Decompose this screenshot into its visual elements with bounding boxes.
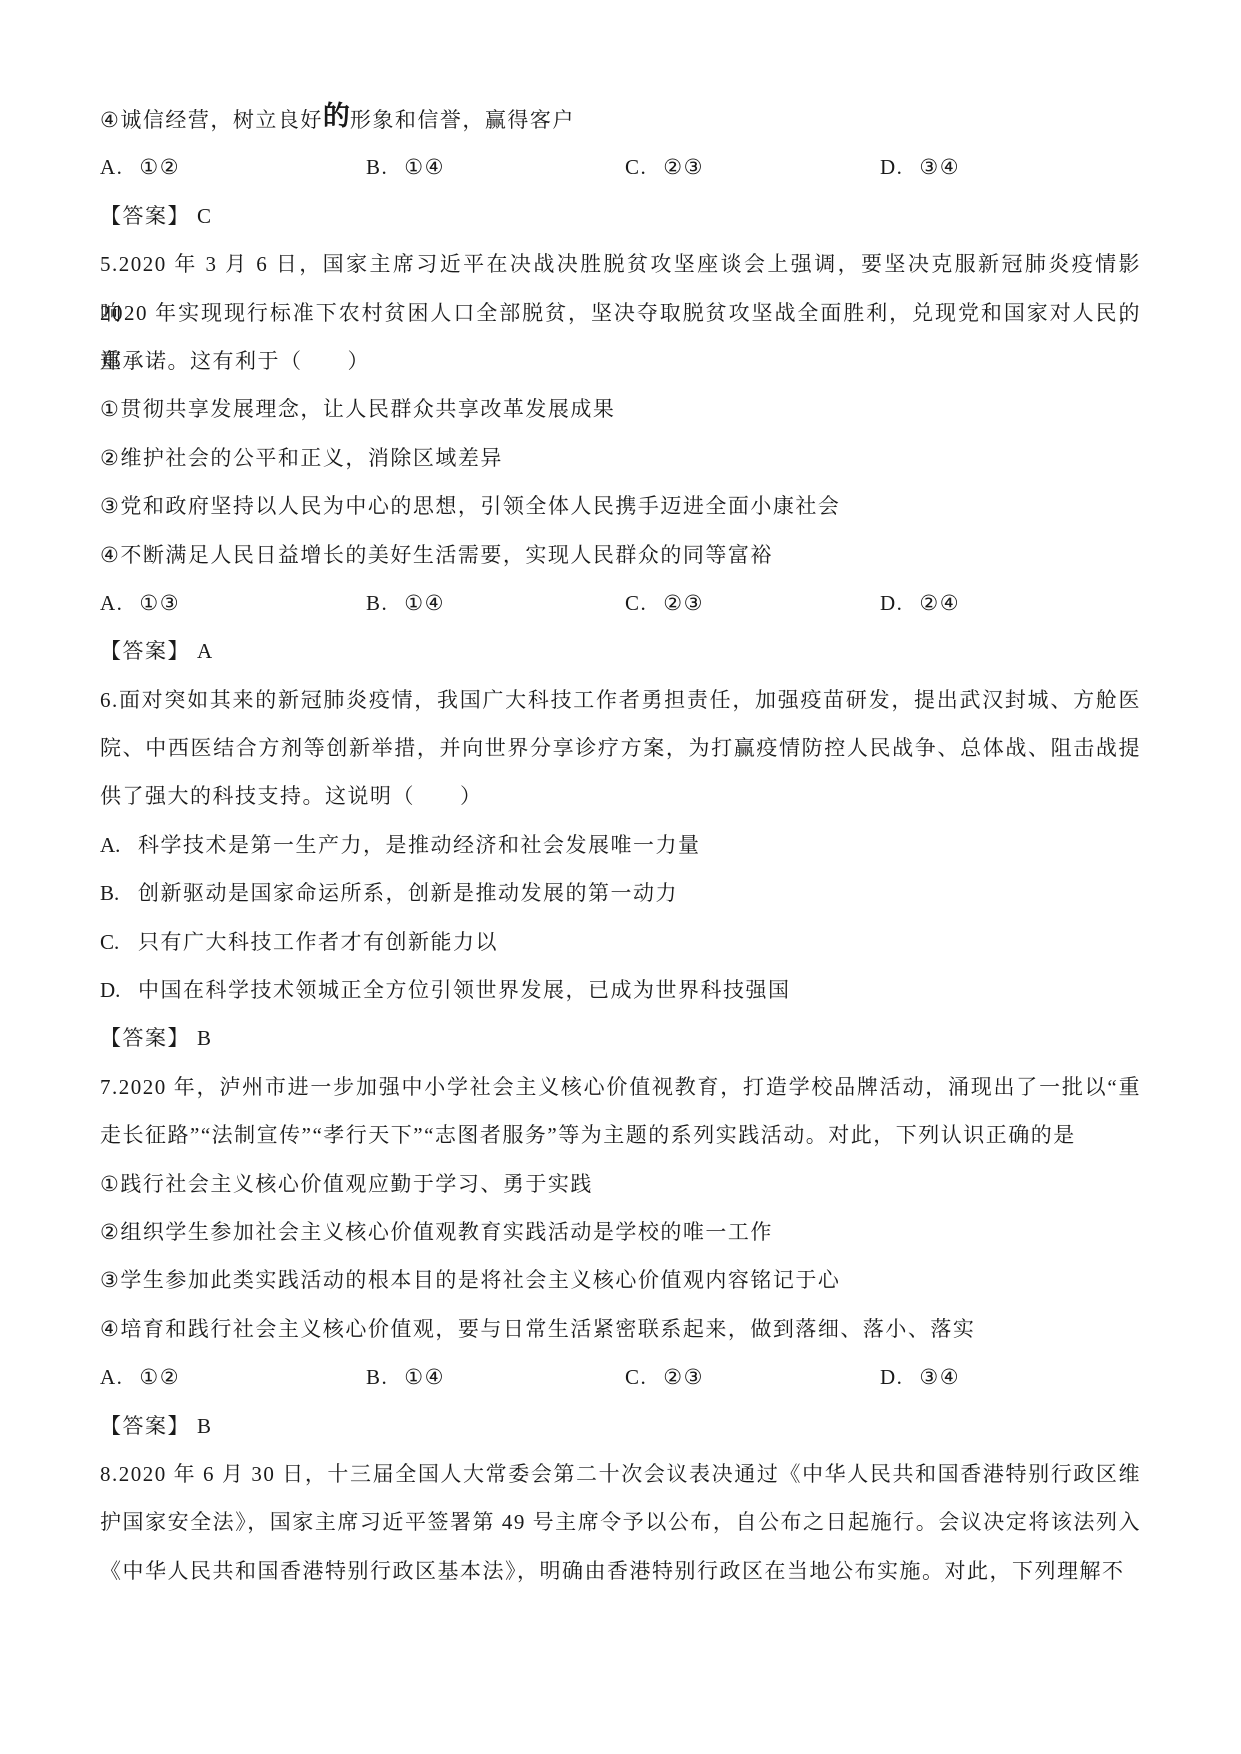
q6-option-a-text: 科学技术是第一生产力，是推动经济和社会发展唯一力量 (138, 833, 701, 857)
q6-answer-value: B (197, 1026, 213, 1050)
q4-choice-d-label: D. (880, 155, 903, 179)
q4-choice-d-value: ③④ (919, 155, 960, 179)
q6-stem-line-1: 6.面对突如其来的新冠肺炎疫情，我国广大科技工作者勇担责任，加强疫苗研发，提出武… (100, 676, 1141, 724)
q6-option-d-label: D. (100, 966, 138, 1014)
q4-choice-a: A.①② (100, 143, 366, 191)
q5-item-4: ④不断满足人民日益增长的美好生活需要，实现人民群众的同等富裕 (100, 531, 1141, 579)
q5-stem-line-1: 5.2020 年 3 月 6 日，国家主席习近平在决战决胜脱贫攻坚座谈会上强调，… (100, 240, 1141, 288)
q7-stem-line-1: 7.2020 年，泸州市进一步加强中小学社会主义核心价值视教育，打造学校品牌活动… (100, 1063, 1141, 1111)
q5-choice-c-label: C. (625, 591, 647, 615)
q7-answer-label: 【答案】 (100, 1414, 190, 1438)
q7-choice-d: D.③④ (880, 1353, 960, 1401)
q5-stem-line-3: 重承诺。这有利于（ ） (100, 337, 1141, 385)
q6-answer-line: 【答案】B (100, 1014, 1141, 1062)
q5-answer-label: 【答案】 (100, 639, 190, 663)
q7-item-4: ④培育和践行社会主义核心价值观，要与日常生活紧密联系起来，做到落细、落小、落实 (100, 1305, 1141, 1353)
q6-option-c-label: C. (100, 918, 138, 966)
q7-answer-line: 【答案】B (100, 1402, 1141, 1450)
exam-document: ④诚信经营，树立良好的形象和信誉，赢得客户 A.①② B.①④ C.②③ D.③… (100, 95, 1141, 1595)
q5-choice-a: A.①③ (100, 579, 366, 627)
q4-choice-a-label: A. (100, 155, 123, 179)
q7-choice-b: B.①④ (366, 1353, 625, 1401)
q8-stem-line-1: 8.2020 年 6 月 30 日，十三届全国人大常委会第二十次会议表决通过《中… (100, 1450, 1141, 1498)
q5-answer-value: A (197, 639, 214, 663)
q6-option-a-label: A. (100, 821, 138, 869)
q5-choice-c-value: ②③ (663, 591, 704, 615)
q5-answer-line: 【答案】A (100, 627, 1141, 675)
q6-option-c: C.只有广大科技工作者才有创新能力以 (100, 918, 1141, 966)
q4-choice-b-value: ①④ (404, 155, 445, 179)
q5-choice-b: B.①④ (366, 579, 625, 627)
q5-choice-c: C.②③ (625, 579, 880, 627)
q5-choice-a-label: A. (100, 591, 123, 615)
q4-choice-a-value: ①② (139, 155, 180, 179)
q4-choice-b: B.①④ (366, 143, 625, 191)
q7-stem-line-2: 走长征路”“法制宣传”“孝行天下”“志图者服务”等为主题的系列实践活动。对此，下… (100, 1111, 1141, 1159)
q4-answer-label: 【答案】 (100, 204, 190, 228)
q5-stem-line-2: 2020 年实现现行标准下农村贫困人口全部脱贫，坚决夺取脱贫攻坚战全面胜利，兑现… (100, 289, 1141, 337)
q4-item4-emphasis: 的 (323, 101, 350, 132)
q4-choice-c-label: C. (625, 155, 647, 179)
q7-choice-a-value: ①② (139, 1365, 180, 1389)
q5-item-2: ②维护社会的公平和正义，消除区域差异 (100, 434, 1141, 482)
q8-stem-line-3: 《中华人民共和国香港特别行政区基本法》，明确由香港特别行政区在当地公布实施。对此… (100, 1547, 1141, 1595)
q7-choice-a: A.①② (100, 1353, 366, 1401)
q6-option-b-text: 创新驱动是国家命运所系，创新是推动发展的第一动力 (138, 881, 678, 905)
q4-choice-b-label: B. (366, 155, 388, 179)
q4-choices-row: A.①② B.①④ C.②③ D.③④ (100, 143, 1141, 191)
q7-choice-b-label: B. (366, 1365, 388, 1389)
q5-choice-b-label: B. (366, 591, 388, 615)
q4-choice-c-value: ②③ (663, 155, 704, 179)
q7-item-2: ②组织学生参加社会主义核心价值观教育实践活动是学校的唯一工作 (100, 1208, 1141, 1256)
q7-answer-value: B (197, 1414, 213, 1438)
q7-choice-c-value: ②③ (663, 1365, 704, 1389)
q5-item-1: ①贯彻共享发展理念，让人民群众共享改革发展成果 (100, 385, 1141, 433)
q6-answer-label: 【答案】 (100, 1026, 190, 1050)
q7-item-3: ③学生参加此类实践活动的根本目的是将社会主义核心价值观内容铭记于心 (100, 1256, 1141, 1304)
q7-choice-d-label: D. (880, 1365, 903, 1389)
q6-option-b: B.创新驱动是国家命运所系，创新是推动发展的第一动力 (100, 869, 1141, 917)
q5-choice-d-label: D. (880, 591, 903, 615)
q4-answer-value: C (197, 204, 213, 228)
q7-item-1: ①践行社会主义核心价值观应勤于学习、勇于实践 (100, 1160, 1141, 1208)
q7-choice-b-value: ①④ (404, 1365, 445, 1389)
q4-answer-line: 【答案】C (100, 192, 1141, 240)
q6-option-a: A.科学技术是第一生产力，是推动经济和社会发展唯一力量 (100, 821, 1141, 869)
q7-choices-row: A.①② B.①④ C.②③ D.③④ (100, 1353, 1141, 1401)
q5-choice-a-value: ①③ (139, 591, 180, 615)
exam-page: ④诚信经营，树立良好的形象和信誉，赢得客户 A.①② B.①④ C.②③ D.③… (0, 0, 1241, 1754)
q7-choice-c-label: C. (625, 1365, 647, 1389)
q5-choice-d-value: ②④ (919, 591, 960, 615)
q6-option-d-text: 中国在科学技术领城正全方位引领世界发展，已成为世界科技强国 (138, 978, 791, 1002)
q7-choice-d-value: ③④ (919, 1365, 960, 1389)
q5-choice-d: D.②④ (880, 579, 960, 627)
q4-choice-c: C.②③ (625, 143, 880, 191)
q5-choice-b-value: ①④ (404, 591, 445, 615)
q6-option-b-label: B. (100, 869, 138, 917)
q4-item4-line: ④诚信经营，树立良好的形象和信誉，赢得客户 (100, 95, 1141, 143)
q5-item-3: ③党和政府坚持以人民为中心的思想，引领全体人民携手迈进全面小康社会 (100, 482, 1141, 530)
q6-option-c-text: 只有广大科技工作者才有创新能力以 (138, 930, 498, 954)
q4-item4-prefix: ④诚信经营，树立良好 (100, 108, 323, 132)
q7-choice-c: C.②③ (625, 1353, 880, 1401)
q6-option-d: D.中国在科学技术领城正全方位引领世界发展，已成为世界科技强国 (100, 966, 1141, 1014)
q4-choice-d: D.③④ (880, 143, 960, 191)
q7-choice-a-label: A. (100, 1365, 123, 1389)
q6-stem-line-3: 供了强大的科技支持。这说明（ ） (100, 772, 1141, 820)
q5-choices-row: A.①③ B.①④ C.②③ D.②④ (100, 579, 1141, 627)
q4-item4-suffix: 形象和信誉，赢得客户 (350, 108, 575, 132)
q8-stem-line-2: 护国家安全法》，国家主席习近平签署第 49 号主席令予以公布，自公布之日起施行。… (100, 1498, 1141, 1546)
q6-stem-line-2: 院、中西医结合方剂等创新举措，并向世界分享诊疗方案，为打赢疫情防控人民战争、总体… (100, 724, 1141, 772)
